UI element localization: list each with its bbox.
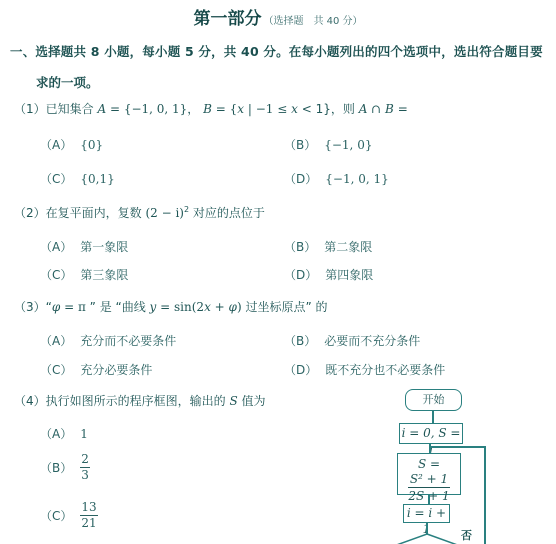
math-var: φ: [52, 300, 60, 314]
option-label: （D）: [284, 268, 317, 282]
question-number: （4）: [14, 394, 46, 408]
option-text: 必要而不充分条件: [324, 334, 420, 348]
flow-arrow: [428, 495, 430, 504]
math-var: x: [204, 300, 211, 314]
option-text: {0,1}: [80, 172, 114, 186]
option-text: 第二象限: [324, 240, 372, 254]
section-instructions-line1: 一、选择题共 8 小题，每小题 5 分，共 40 分。在每小题列出的四个选项中，…: [10, 42, 543, 60]
question-number: （3）: [14, 300, 46, 314]
stem-text: 值为: [238, 394, 266, 408]
fraction-denominator: 21: [80, 516, 97, 531]
no-branch-label: 否: [461, 527, 472, 543]
option-label: （C）: [40, 509, 72, 523]
stem-text: 已知集合: [46, 102, 98, 116]
option-label: （A）: [40, 427, 72, 441]
math-text: ∩: [367, 102, 385, 116]
question-4-option-a[interactable]: （A）1: [40, 425, 88, 442]
stem-text: < 1}，则: [298, 102, 359, 116]
option-label: （B）: [284, 138, 316, 152]
option-label: （C）: [40, 172, 72, 186]
question-3-option-d[interactable]: （D）既不充分也不必要条件: [284, 361, 445, 378]
loop-back-line-top: [430, 446, 485, 448]
option-text: {0}: [80, 138, 103, 152]
math-text: = {−1, 0, 1}，: [106, 102, 203, 116]
math-var: A: [97, 102, 106, 116]
question-3-option-a[interactable]: （A）充分而不必要条件: [40, 332, 176, 349]
option-text: 充分必要条件: [80, 363, 152, 377]
option-label: （D）: [284, 172, 317, 186]
math-text: | −1 ≤: [244, 102, 291, 116]
question-4-option-c[interactable]: （C）1321: [40, 500, 98, 531]
option-label: （A）: [40, 138, 72, 152]
question-2-option-a[interactable]: （A）第一象限: [40, 238, 128, 255]
flowchart-start: 开始: [405, 389, 462, 411]
math-var: B: [385, 102, 394, 116]
math-text: +: [211, 300, 229, 314]
option-label: （C）: [40, 363, 72, 377]
question-4-option-b[interactable]: （B）23: [40, 452, 90, 483]
flowchart-assign-s: S = S² + 12S + 1: [397, 453, 461, 495]
option-text: 第四象限: [325, 268, 373, 282]
stem-text: ” 是 “曲线: [90, 300, 150, 314]
option-text: {−1, 0, 1}: [325, 172, 389, 186]
math-var: x: [291, 102, 298, 116]
flowchart-increment: i = i + 1: [403, 504, 450, 523]
part-title: 第一部分（选择题 共 40 分）: [0, 4, 556, 29]
question-3-stem: （3）“φ = π ” 是 “曲线 y = sin(2x + φ) 过坐标原点”…: [14, 298, 327, 315]
stem-text: 对应的点位于: [189, 206, 265, 220]
stem-text: 执行如图所示的程序框图，输出的: [46, 394, 230, 408]
question-1-option-b[interactable]: （B）{−1, 0}: [284, 136, 372, 153]
assign-lhs: S =: [418, 457, 440, 471]
math-text: = sin(2: [156, 300, 204, 314]
math-text: =: [394, 102, 408, 116]
option-label: （D）: [284, 363, 317, 377]
math-text: (2 − i): [145, 206, 184, 220]
option-label: （A）: [40, 334, 72, 348]
question-1-option-c[interactable]: （C）{0,1}: [40, 170, 115, 187]
stem-text: 在复平面内，复数: [46, 206, 146, 220]
option-label: （B）: [40, 461, 72, 475]
section-instructions-line2: 求的一项。: [36, 73, 99, 91]
option-text: 1: [80, 427, 88, 441]
option-text: {−1, 0}: [324, 138, 372, 152]
fraction-numerator: 13: [80, 500, 97, 516]
flowchart-condition-diamond: [395, 533, 465, 544]
option-text: 第三象限: [80, 268, 128, 282]
question-1-option-d[interactable]: （D）{−1, 0, 1}: [284, 170, 389, 187]
question-1-option-a[interactable]: （A）{0}: [40, 136, 103, 153]
math-var: φ: [229, 300, 237, 314]
option-fraction: 1321: [80, 500, 97, 531]
flow-arrow: [432, 411, 434, 423]
fraction-numerator: S² + 1: [408, 471, 449, 488]
question-number: （2）: [14, 206, 46, 220]
question-number: （1）: [14, 102, 46, 116]
option-label: （B）: [284, 334, 316, 348]
option-label: （C）: [40, 268, 72, 282]
question-2-option-b[interactable]: （B）第二象限: [284, 238, 372, 255]
question-4-stem: （4）执行如图所示的程序框图，输出的 S 值为: [14, 392, 266, 409]
question-3-option-b[interactable]: （B）必要而不充分条件: [284, 332, 420, 349]
option-text: 第一象限: [80, 240, 128, 254]
math-text: = π: [60, 300, 89, 314]
fraction-numerator: 2: [80, 452, 90, 468]
option-text: 充分而不必要条件: [80, 334, 176, 348]
option-label: （A）: [40, 240, 72, 254]
part-title-subtitle: （选择题 共 40 分）: [263, 16, 362, 27]
fraction-denominator: 3: [80, 468, 90, 483]
loop-back-line-right: [484, 446, 486, 544]
math-text: = {: [212, 102, 237, 116]
option-label: （B）: [284, 240, 316, 254]
math-var: B: [203, 102, 212, 116]
question-3-option-c[interactable]: （C）充分必要条件: [40, 361, 152, 378]
part-title-main: 第一部分: [193, 9, 261, 29]
question-1-stem: （1）已知集合 A = {−1, 0, 1}， B = {x | −1 ≤ x …: [14, 100, 408, 117]
question-2-stem: （2）在复平面内，复数 (2 − i)2 对应的点位于: [14, 204, 265, 221]
question-2-option-c[interactable]: （C）第三象限: [40, 266, 128, 283]
question-2-option-d[interactable]: （D）第四象限: [284, 266, 373, 283]
option-text: 既不充分也不必要条件: [325, 363, 445, 377]
math-var: S: [229, 394, 237, 408]
stem-text: 过坐标原点” 的: [242, 300, 328, 314]
flowchart-init: i = 0, S = 1: [399, 423, 463, 444]
option-fraction: 23: [80, 452, 90, 483]
